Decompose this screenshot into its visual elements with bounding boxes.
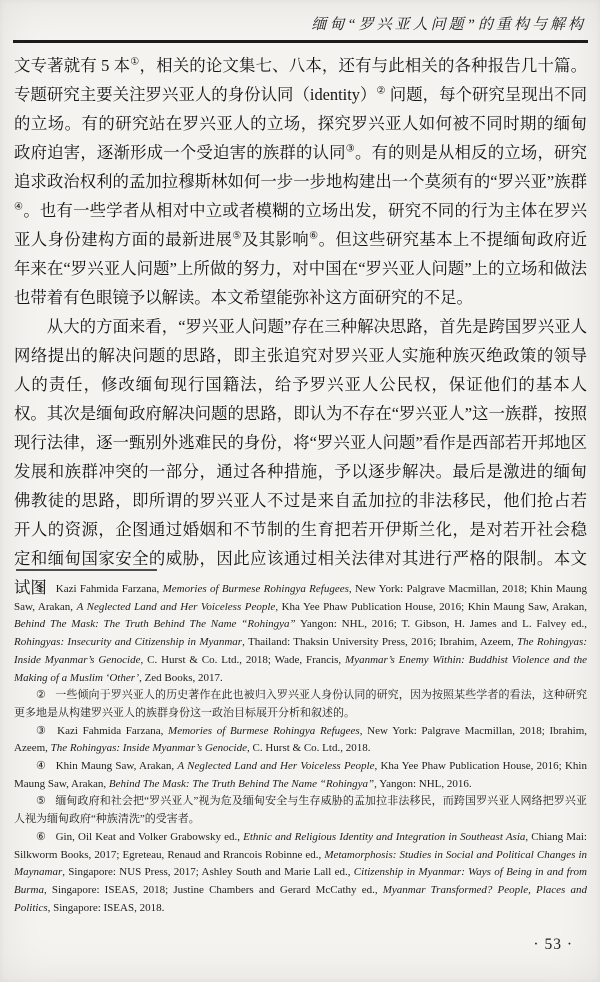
footnote-marker: ④ [36, 760, 46, 772]
scanned-paper-page: 缅甸“罗兴亚人问题”的重构与解构 文专著就有 5 本①，相关的论文集七、八本，还… [0, 0, 600, 982]
page-number: · 53 · [533, 936, 573, 954]
footnote-item: ⑥Gin, Oil Keat and Volker Grabowsky ed.,… [14, 829, 587, 918]
footnote-item: ①Kazi Fahmida Farzana, Memories of Burme… [14, 581, 587, 687]
footnote-marker: ① [36, 583, 46, 595]
footnote-text: Kazi Fahmida Farzana, Memories of Burmes… [14, 583, 587, 684]
footnote-marker: ⑥ [36, 831, 46, 843]
running-header-title: 缅甸“罗兴亚人问题”的重构与解构 [311, 13, 586, 34]
footnote-item: ⑤缅甸政府和社会把“罗兴亚人”视为危及缅甸安全与生存威胁的孟加拉非法移民，而跨国… [14, 793, 587, 828]
footnote-item: ②一些倾向于罗兴亚人的历史著作在此也被归入罗兴亚人身份认同的研究，因为按照某些学… [14, 687, 587, 722]
footnote-text: Khin Maung Saw, Arakan, A Neglected Land… [14, 760, 587, 790]
footnote-separator [16, 569, 157, 571]
article-body: 文专著就有 5 本①，相关的论文集七、八本，还有与此相关的各种报告几十篇。专题研… [14, 51, 587, 602]
footnote-marker: ② [36, 689, 46, 701]
footnote-marker: ③ [36, 725, 48, 737]
footnote-text: 缅甸政府和社会把“罗兴亚人”视为危及缅甸安全与生存威胁的孟加拉非法移民，而跨国罗… [14, 795, 587, 825]
footnotes-block: ①Kazi Fahmida Farzana, Memories of Burme… [14, 581, 587, 917]
body-paragraph: 文专著就有 5 本①，相关的论文集七、八本，还有与此相关的各种报告几十篇。专题研… [14, 51, 587, 312]
footnote-text: Gin, Oil Keat and Volker Grabowsky ed., … [14, 831, 587, 914]
footnote-text: 一些倾向于罗兴亚人的历史著作在此也被归入罗兴亚人身份认同的研究，因为按照某些学者… [14, 689, 587, 719]
body-paragraph: 从大的方面来看，“罗兴亚人问题”存在三种解决思路，首先是跨国罗兴亚人网络提出的解… [14, 312, 587, 602]
footnote-item: ③Kazi Fahmida Farzana, Memories of Burme… [14, 723, 587, 758]
footnote-marker: ⑤ [36, 795, 46, 807]
header-rule [13, 40, 588, 43]
footnote-item: ④Khin Maung Saw, Arakan, A Neglected Lan… [14, 758, 587, 793]
footnote-text: Kazi Fahmida Farzana, Memories of Burmes… [14, 725, 587, 755]
